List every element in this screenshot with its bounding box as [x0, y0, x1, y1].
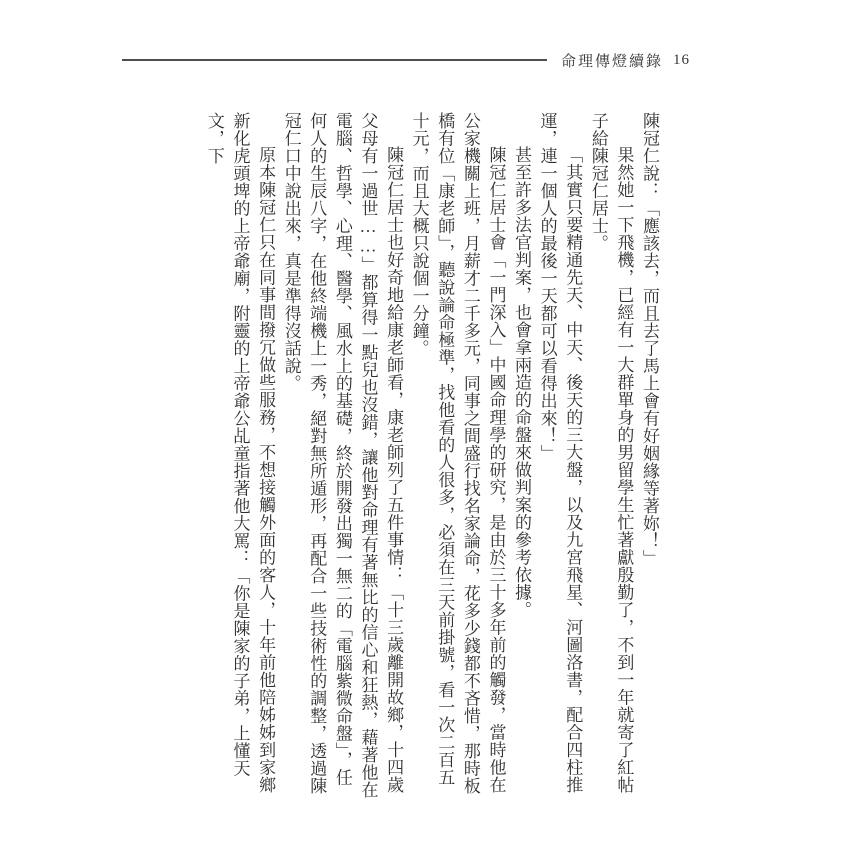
paragraph: 甚至許多法官判案，也會拿兩造的命盤來做判案的參考依據。: [508, 112, 534, 802]
paragraph: 果然她一下飛機，已經有一大群單身的男留學生忙著獻殷勤了，不到一年就寄了紅帖子給陳…: [585, 112, 636, 802]
paragraph: 「其實只要精通先天、中天、後天的三大盤，以及九宮飛星、河圖洛書，配合四柱推運，連…: [534, 112, 585, 802]
running-header: 命理傳燈續錄 16: [122, 48, 690, 72]
running-header-title: 命理傳燈續錄: [561, 50, 663, 71]
body-text: 陳冠仁說：「應該去，而且去了馬上會有好姻緣等著妳！」 果然她一下飛機，已經有一大…: [226, 112, 662, 802]
paragraph: 陳冠仁居士會「一門深入」中國命理學的研究，是由於三十多年前的觸發，當時他在公家機…: [406, 112, 508, 802]
header-rule: [122, 59, 547, 61]
paragraph: 陳冠仁居士也好奇地給康老師看，康老師列了五件事情：「十三歲離開故鄉，十四歲父母有…: [278, 112, 406, 802]
page-number: 16: [673, 52, 690, 69]
paragraph: 原本陳冠仁只在同事間撥冗做些服務，不想接觸外面的客人，十年前他陪姊姊到家鄉新化虎…: [201, 112, 278, 802]
paragraph: 陳冠仁說：「應該去，而且去了馬上會有好姻緣等著妳！」: [636, 112, 662, 802]
book-page: 命理傳燈續錄 16 陳冠仁說：「應該去，而且去了馬上會有好姻緣等著妳！」 果然她…: [0, 0, 850, 850]
